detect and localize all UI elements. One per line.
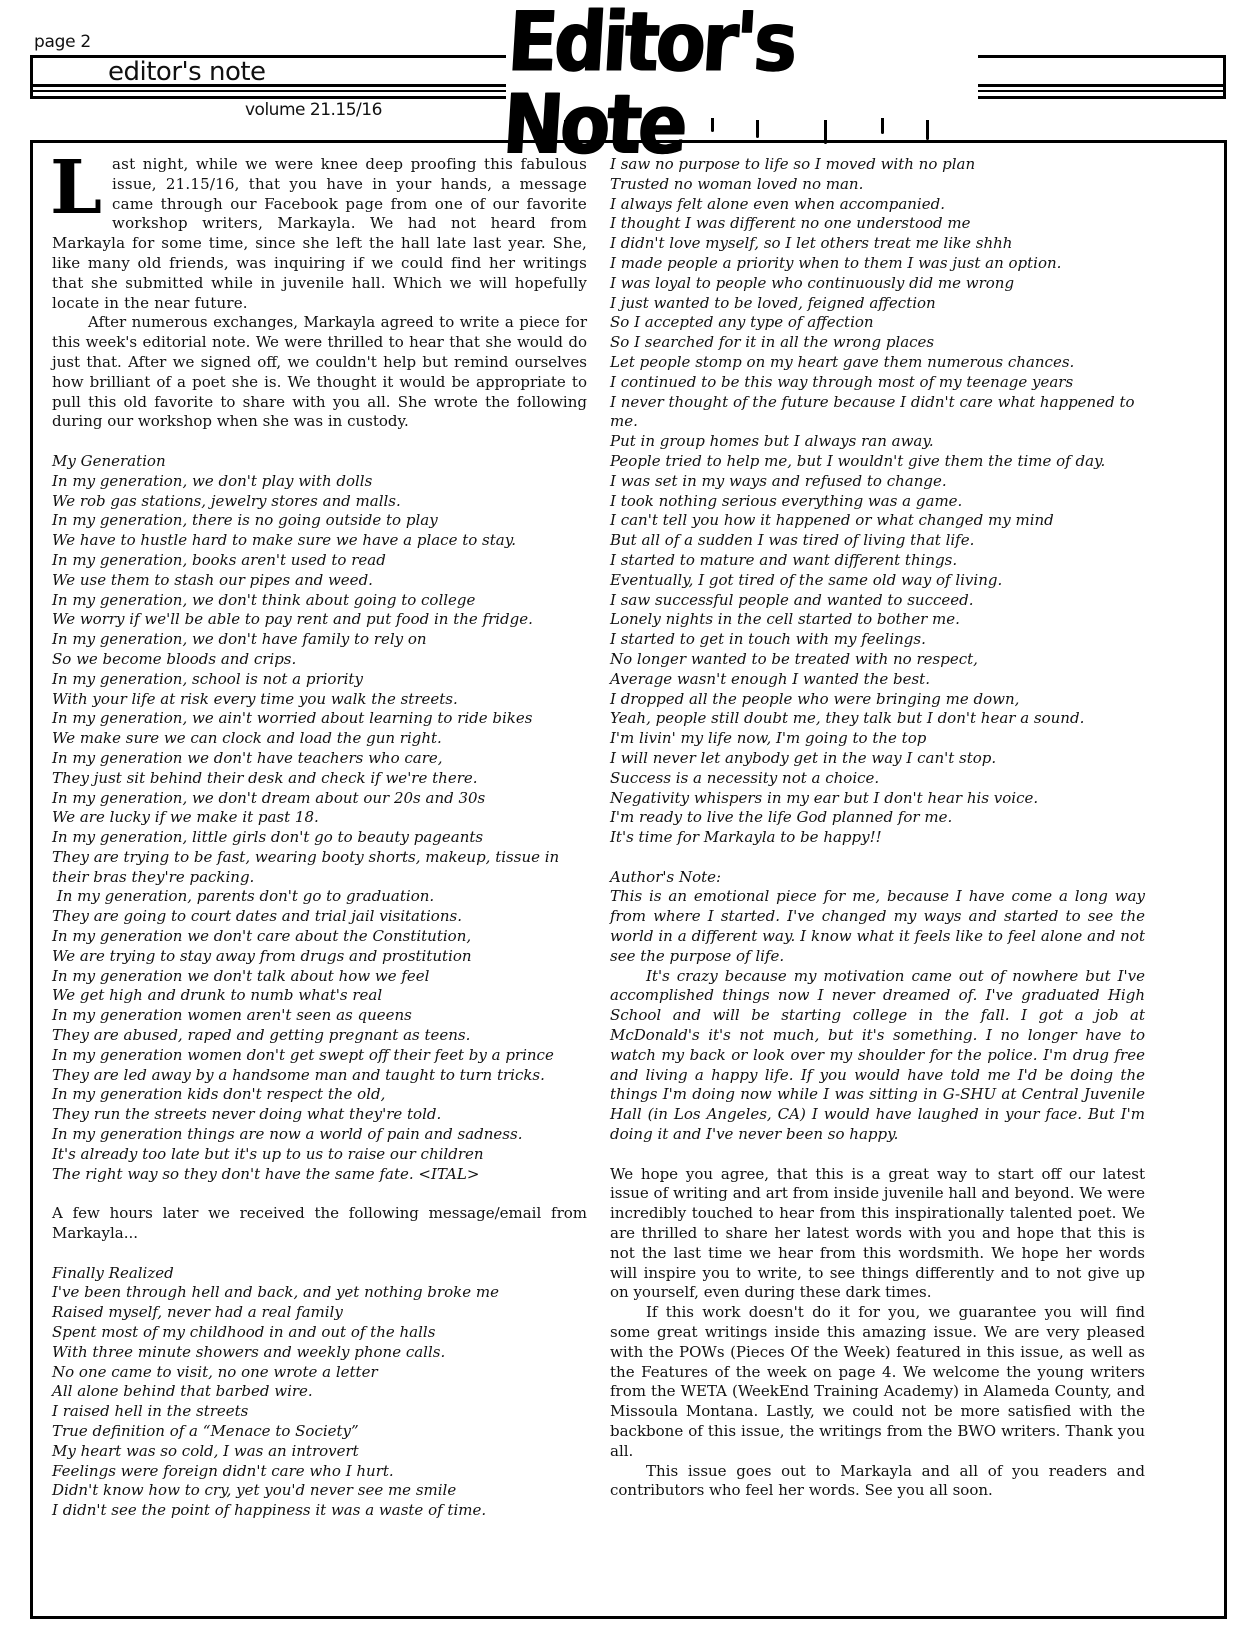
- poem-line: In my generation, parents don't go to gr…: [52, 887, 587, 907]
- poem-line: We rob gas stations, jewelry stores and …: [52, 492, 587, 512]
- poem-line: Spent most of my childhood in and out of…: [52, 1323, 587, 1343]
- poem-line: They are led away by a handsome man and …: [52, 1066, 587, 1086]
- poem-line: My heart was so cold, I was an introvert: [52, 1442, 587, 1462]
- poem-line: In my generation kids don't respect the …: [52, 1085, 587, 1105]
- poem-line: Raised myself, never had a real family: [52, 1303, 587, 1323]
- poem-line: I continued to be this way through most …: [610, 373, 1145, 393]
- drop-cap: L: [50, 159, 102, 217]
- paint-drip-icon: [601, 118, 604, 134]
- poem-finally-realized-part-2: I saw no purpose to life so I moved with…: [610, 155, 1145, 848]
- intro-paragraph-1: ast night, while we were knee deep proof…: [52, 155, 587, 312]
- poem-line: They just sit behind their desk and chec…: [52, 769, 587, 789]
- poem-line: Lonely nights in the cell started to bot…: [610, 610, 1145, 630]
- poem-line: I will never let anybody get in the way …: [610, 749, 1145, 769]
- authors-note-paragraph-1: This is an emotional piece for me, becau…: [610, 887, 1145, 966]
- poem-line: The right way so they don't have the sam…: [52, 1165, 587, 1185]
- authors-note: Author's Note: This is an emotional piec…: [610, 868, 1145, 1145]
- poem-line: In my generation, we don't think about g…: [52, 591, 587, 611]
- poem-line: It's already too late but it's up to us …: [52, 1145, 587, 1165]
- article-column-left: Last night, while we were knee deep proo…: [52, 155, 587, 1521]
- paint-drip-icon: [711, 118, 714, 132]
- poem-line: We are lucky if we make it past 18.: [52, 808, 587, 828]
- poem-line: Success is a necessity not a choice.: [610, 769, 1145, 789]
- poem-line: They run the streets never doing what th…: [52, 1105, 587, 1125]
- poem-line: We have to hustle hard to make sure we h…: [52, 531, 587, 551]
- poem-line: True definition of a “Menace to Society”: [52, 1422, 587, 1442]
- poem-finally-realized-part-1: Finally Realized I've been through hell …: [52, 1264, 587, 1521]
- intro-section: Last night, while we were knee deep proo…: [52, 155, 587, 432]
- closing-paragraph-1: We hope you agree, that this is a great …: [610, 1165, 1145, 1304]
- poem-line: But all of a sudden I was tired of livin…: [610, 531, 1145, 551]
- poem-line: I took nothing serious everything was a …: [610, 492, 1145, 512]
- poem-line: We get high and drunk to numb what's rea…: [52, 986, 587, 1006]
- poem-line: So I accepted any type of affection: [610, 313, 1145, 333]
- poem-title: Finally Realized: [52, 1264, 587, 1284]
- poem-line: In my generation, little girls don't go …: [52, 828, 587, 848]
- poem-line: Trusted no woman loved no man.: [610, 175, 1145, 195]
- article-column-right: I saw no purpose to life so I moved with…: [610, 155, 1145, 1501]
- poem-line: I started to get in touch with my feelin…: [610, 630, 1145, 650]
- poem-line: They are going to court dates and trial …: [52, 907, 587, 927]
- masthead-logo: Editor's Note: [506, 28, 978, 138]
- poem-line: I never thought of the future because I …: [610, 393, 1145, 433]
- section-label: editor's note: [108, 57, 266, 87]
- paint-drip-icon: [881, 118, 884, 134]
- poem-line: In my generation women don't get swept o…: [52, 1046, 587, 1066]
- poem-line: Yeah, people still doubt me, they talk b…: [610, 709, 1145, 729]
- closing-paragraph-3: This issue goes out to Markayla and all …: [610, 1462, 1145, 1502]
- poem-line: Feelings were foreign didn't care who I …: [52, 1462, 587, 1482]
- poem-line: I just wanted to be loved, feigned affec…: [610, 294, 1145, 314]
- poem-line: Negativity whispers in my ear but I don'…: [610, 789, 1145, 809]
- poem-line: We use them to stash our pipes and weed.: [52, 571, 587, 591]
- poem-line: Let people stomp on my heart gave them n…: [610, 353, 1145, 373]
- authors-note-heading: Author's Note:: [610, 868, 1145, 888]
- poem-line: I'm livin' my life now, I'm going to the…: [610, 729, 1145, 749]
- poem-line: In my generation, we don't dream about o…: [52, 789, 587, 809]
- poem-line: Eventually, I got tired of the same old …: [610, 571, 1145, 591]
- paint-drip-icon: [646, 120, 649, 140]
- poem-line: They are trying to be fast, wearing boot…: [52, 848, 587, 888]
- poem-line: Average wasn't enough I wanted the best.: [610, 670, 1145, 690]
- intro-paragraph-2: After numerous exchanges, Markayla agree…: [52, 313, 587, 432]
- paint-drip-icon: [756, 120, 759, 138]
- poem-line: I started to mature and want different t…: [610, 551, 1145, 571]
- poem-title: My Generation: [52, 452, 587, 472]
- volume-label: volume 21.15/16: [245, 100, 382, 120]
- poem-line: Didn't know how to cry, yet you'd never …: [52, 1481, 587, 1501]
- poem-line: In my generation women aren't seen as qu…: [52, 1006, 587, 1026]
- poem-line: No longer wanted to be treated with no r…: [610, 650, 1145, 670]
- poem-line: Put in group homes but I always ran away…: [610, 432, 1145, 452]
- poem-line: So I searched for it in all the wrong pl…: [610, 333, 1145, 353]
- poem-line: So we become bloods and crips.: [52, 650, 587, 670]
- poem-line: We worry if we'll be able to pay rent an…: [52, 610, 587, 630]
- poem-line: We are trying to stay away from drugs an…: [52, 947, 587, 967]
- poem-my-generation: My Generation In my generation, we don't…: [52, 452, 587, 1184]
- poem-line: I didn't see the point of happiness it w…: [52, 1501, 587, 1521]
- poem-line: They are abused, raped and getting pregn…: [52, 1026, 587, 1046]
- poem-line: In my generation, there is no going outs…: [52, 511, 587, 531]
- poem-line: I didn't love myself, so I let others tr…: [610, 234, 1145, 254]
- poem-line: We make sure we can clock and load the g…: [52, 729, 587, 749]
- poem-line: All alone behind that barbed wire.: [52, 1382, 587, 1402]
- poem-line: I saw successful people and wanted to su…: [610, 591, 1145, 611]
- poem-line: In my generation we don't talk about how…: [52, 967, 587, 987]
- poem-line: I always felt alone even when accompanie…: [610, 195, 1145, 215]
- poem-line: I can't tell you how it happened or what…: [610, 511, 1145, 531]
- poem-line: With your life at risk every time you wa…: [52, 690, 587, 710]
- poem-line: I've been through hell and back, and yet…: [52, 1283, 587, 1303]
- poem-line: I'm ready to live the life God planned f…: [610, 808, 1145, 828]
- poem-line: In my generation, books aren't used to r…: [52, 551, 587, 571]
- poem-line: It's time for Markayla to be happy!!: [610, 828, 1145, 848]
- authors-note-paragraph-2: It's crazy because my motivation came ou…: [610, 967, 1145, 1145]
- poem-line: In my generation things are now a world …: [52, 1125, 587, 1145]
- poem-line: I dropped all the people who were bringi…: [610, 690, 1145, 710]
- page-number-label: page 2: [34, 32, 91, 52]
- poem-line: In my generation, we ain't worried about…: [52, 709, 587, 729]
- poem-line: I was set in my ways and refused to chan…: [610, 472, 1145, 492]
- poem-line: I made people a priority when to them I …: [610, 254, 1145, 274]
- poem-line: In my generation, we don't play with dol…: [52, 472, 587, 492]
- paint-drip-icon: [926, 120, 929, 140]
- poem-line: I thought I was different no one underst…: [610, 214, 1145, 234]
- poem-line: In my generation, school is not a priori…: [52, 670, 587, 690]
- poem-line: In my generation, we don't have family t…: [52, 630, 587, 650]
- poem-line: I raised hell in the streets: [52, 1402, 587, 1422]
- poem-line: In my generation we don't care about the…: [52, 927, 587, 947]
- poem-line: I was loyal to people who continuously d…: [610, 274, 1145, 294]
- poem-line: In my generation we don't have teachers …: [52, 749, 587, 769]
- transition-paragraph: A few hours later we received the follow…: [52, 1204, 587, 1244]
- poem-line: People tried to help me, but I wouldn't …: [610, 452, 1145, 472]
- poem-line: With three minute showers and weekly pho…: [52, 1343, 587, 1363]
- poem-line: No one came to visit, no one wrote a let…: [52, 1363, 587, 1383]
- closing-section: We hope you agree, that this is a great …: [610, 1165, 1145, 1502]
- paint-drip-icon: [564, 120, 567, 142]
- closing-paragraph-2: If this work doesn't do it for you, we g…: [610, 1303, 1145, 1461]
- poem-line: I saw no purpose to life so I moved with…: [610, 155, 1145, 175]
